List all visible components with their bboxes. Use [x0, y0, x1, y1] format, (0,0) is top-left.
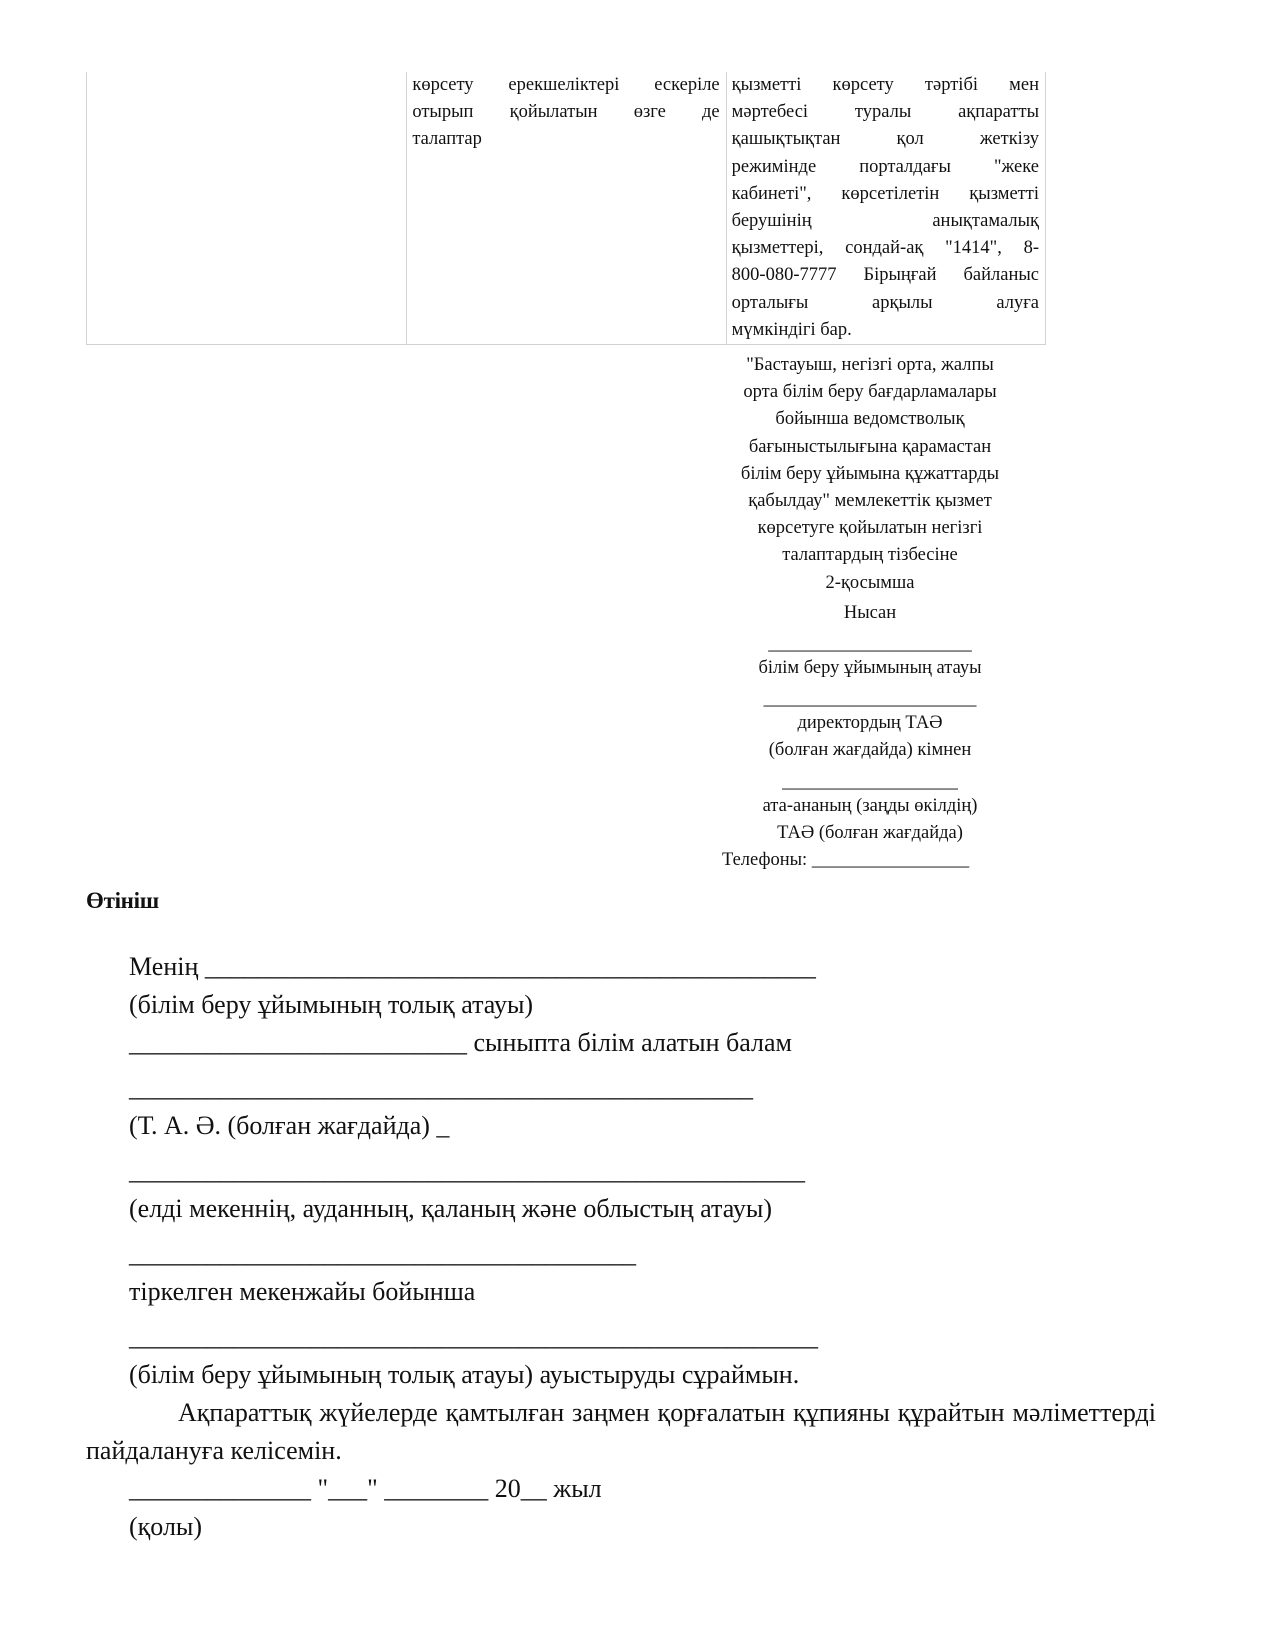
year-prefix: 20	[495, 1474, 521, 1503]
reference-line: көрсетуге қойылатын негізгі	[712, 515, 1028, 542]
director-name-caption-note: (болған жағдайда) кімнен	[712, 737, 1028, 764]
phone-row: Телефоны: _________________	[712, 847, 1028, 874]
cell-text-line: қызметті көрсету тәртібі мен	[732, 72, 1039, 99]
cell-text-line: қызметтері, сондай-ақ "1414", 8-	[732, 235, 1039, 262]
cell-text-line: орталығы арқылы алуға	[732, 290, 1039, 317]
form-line-grade: __________________________ сыныпта білім…	[86, 1024, 1156, 1062]
table-row: көрсету ерекшеліктері ескеріле отырып қо…	[87, 72, 1046, 345]
parent-name-caption-note: ТАӘ (болған жағдайда)	[712, 820, 1028, 847]
child-name-field[interactable]: ________________________________________…	[86, 1069, 1156, 1107]
requirements-table-fragment: көрсету ерекшеліктері ескеріле отырып қо…	[86, 72, 1046, 345]
cell-text-line: берушінің анықтамалық	[732, 208, 1039, 235]
line-prefix: Менің	[129, 952, 198, 981]
form-line-school: Менің __________________________________…	[86, 948, 1156, 986]
school-name-caption: білім беру ұйымының атауы	[712, 655, 1028, 682]
parent-name-field[interactable]: ___________________	[712, 771, 1028, 793]
child-name-caption: (Т. А. Ә. (болған жағдайда) _	[86, 1107, 1156, 1145]
consent-statement: Ақпараттық жүйелерде қамтылған заңмен қо…	[86, 1394, 1156, 1470]
reference-line: білім беру ұйымына құжаттарды	[712, 461, 1028, 488]
year-field[interactable]: __	[521, 1474, 547, 1503]
cell-text-line: 800-080-7777 Бірыңғай байланыс	[732, 262, 1039, 289]
reference-line: орта білім беру бағдарламалары	[712, 379, 1028, 406]
transfer-request-text: (білім беру ұйымының толық атауы) ауысты…	[86, 1356, 1156, 1394]
table-cell-requirement-detail: қызметті көрсету тәртібі мен мәртебесі т…	[726, 72, 1045, 345]
annex-number: 2-қосымша	[712, 570, 1028, 597]
locality-caption: (елді мекеннің, ауданның, қаланың және о…	[86, 1190, 1156, 1228]
reference-line: талаптардың тізбесіне	[712, 542, 1028, 569]
phone-field[interactable]: _________________	[812, 850, 969, 870]
day-quote-open: "	[318, 1474, 329, 1503]
director-name-field[interactable]: _______________________	[712, 688, 1028, 710]
signature-field[interactable]: ______________	[129, 1474, 311, 1503]
cell-text-line: отырып қойылатын өзге де	[412, 99, 719, 126]
form-label: Нысан	[712, 600, 1028, 627]
reference-line: қабылдау" мемлекеттік қызмет	[712, 488, 1028, 515]
cell-text-line: көрсету ерекшеліктері ескеріле	[412, 72, 719, 99]
table-cell-number	[87, 72, 407, 345]
signature-date-row: ______________ "___" ________ 20__ жыл	[86, 1470, 1156, 1508]
grade-caption: сыныпта білім алатын балам	[474, 1028, 792, 1057]
reference-line: бағыныстылығына қарамастан	[712, 434, 1028, 461]
signature-caption: (қолы)	[86, 1508, 1156, 1546]
grade-field[interactable]: __________________________	[129, 1028, 467, 1057]
current-school-caption: (білім беру ұйымының толық атауы)	[86, 986, 1156, 1024]
reference-line: бойынша ведомстволық	[712, 406, 1028, 433]
cell-text-line: кабинеті", көрсетілетін қызметті	[732, 181, 1039, 208]
school-name-field[interactable]: ______________________	[712, 633, 1028, 655]
table-cell-requirement-name: көрсету ерекшеліктері ескеріле отырып қо…	[407, 72, 726, 345]
day-field[interactable]: ___	[328, 1474, 367, 1503]
director-name-caption: директордың ТАӘ	[712, 710, 1028, 737]
day-quote-close: "	[367, 1474, 378, 1503]
locality-field[interactable]: ________________________________________…	[86, 1152, 1156, 1190]
phone-label: Телефоны:	[722, 850, 807, 870]
application-body: Менің __________________________________…	[86, 948, 1156, 1546]
cell-text-line: мүмкіндігі бар.	[732, 317, 1039, 344]
month-field[interactable]: ________	[384, 1474, 488, 1503]
cell-text-line: мәртебесі туралы ақпаратты	[732, 99, 1039, 126]
address-field[interactable]: _______________________________________	[86, 1235, 1156, 1273]
parent-name-caption: ата-ананың (заңды өкілдің)	[712, 793, 1028, 820]
appendix-reference: "Бастауыш, негізгі орта, жалпы орта білі…	[712, 352, 1028, 570]
new-school-field[interactable]: ________________________________________…	[86, 1318, 1156, 1356]
cell-text-line: талаптар	[412, 126, 719, 153]
reference-line: "Бастауыш, негізгі орта, жалпы	[712, 352, 1028, 379]
appendix-header: "Бастауыш, негізгі орта, жалпы орта білі…	[712, 352, 1028, 874]
cell-text-line: режимінде порталдағы "жеке	[732, 154, 1039, 181]
year-suffix: жыл	[553, 1474, 601, 1503]
cell-text-line: қашықтықтан қол жеткізу	[732, 126, 1039, 153]
current-school-field[interactable]: ________________________________________…	[205, 952, 816, 981]
address-caption: тіркелген мекенжайы бойынша	[86, 1273, 1156, 1311]
application-title: Өтініш	[86, 888, 159, 914]
